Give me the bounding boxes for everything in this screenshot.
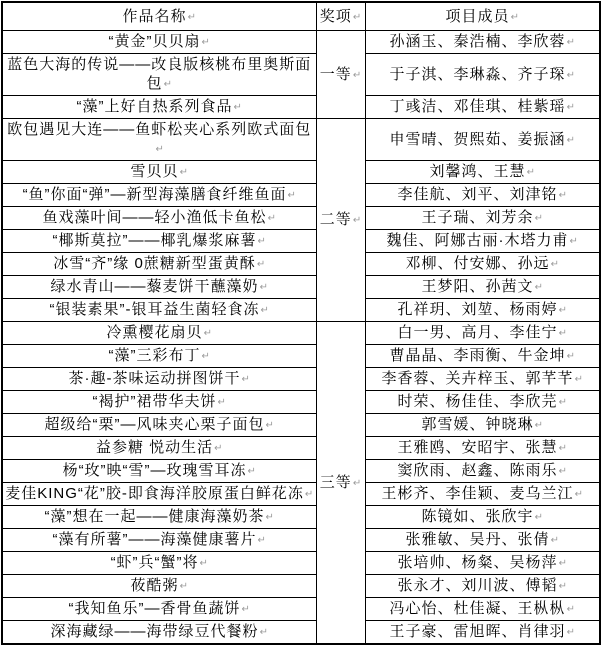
members-cell: 王子瑞、刘芳余 xyxy=(365,207,600,230)
members-list: 冯心怡、杜佳凝、王枞枞 xyxy=(390,600,575,617)
members-list: 郭雪媛、钟晓琳 xyxy=(422,416,543,433)
table-row: 鱼戏藻叶间——轻小渔低卡鱼松王子瑞、刘芳余 xyxy=(2,207,600,230)
members-cell: 王雅鸥、安昭宇、张慧 xyxy=(365,437,600,460)
table-row: 深海藏绿——海带绿豆代餐粉王子豪、雷旭晖、肖律羽 xyxy=(2,621,600,645)
award-label: 一等 xyxy=(320,66,361,83)
work-name-cell: “藻”上好自热系列食品 xyxy=(2,96,316,119)
members-list: 陈镜如、张欣宇 xyxy=(422,508,543,525)
work-name-cell: “鱼”你面“弹”—新型海藻膳食纤维鱼面 xyxy=(2,184,316,207)
work-name: 冷熏樱花扇贝 xyxy=(107,324,212,341)
table-row: 蓝色大海的传说——改良版核桃布里奥斯面包于子淇、李琳淼、齐子琛 xyxy=(2,54,600,96)
work-name-cell: “虾”兵“蟹”将 xyxy=(2,552,316,575)
members-list: 王雅鸥、安昭宇、张慧 xyxy=(398,439,567,456)
table-row: 莜酷粥张永才、刘川波、傅韬 xyxy=(2,575,600,598)
work-name-cell: 超级给“栗”—风味夹心栗子面包 xyxy=(2,414,316,437)
column-header-work-label: 作品名称 xyxy=(123,8,196,25)
members-list: 刘馨鸿、王慧 xyxy=(430,163,535,180)
work-name-cell: 鱼戏藻叶间——轻小渔低卡鱼松 xyxy=(2,207,316,230)
work-name-cell: 冰雪“齐”缘 0蔗糖新型蛋黄酥 xyxy=(2,253,316,276)
table-row: “银装素果”-银耳益生菌轻食冻孔祥玥、刘堃、杨雨婷 xyxy=(2,299,600,322)
work-name-cell: 益参糖 悦动生活 xyxy=(2,437,316,460)
members-cell: 王梦阳、孙茜文 xyxy=(365,276,600,299)
members-cell: 邓柳、付安娜、孙远 xyxy=(365,253,600,276)
work-name: “银装素果”-银耳益生菌轻食冻 xyxy=(50,301,269,318)
document-page: 作品名称 奖项 项目成员 “黄金”贝贝扇一等孙涵玉、秦浩楠、李欣蓉蓝色大海的传说… xyxy=(0,0,606,627)
work-name: 欧包遇见大连——鱼虾松夹心系列欧式面包 xyxy=(7,121,311,157)
members-cell: 王彬齐、李佳颖、麦乌兰江 xyxy=(365,483,600,506)
members-list: 王彬齐、李佳颖、麦乌兰江 xyxy=(382,485,583,502)
work-name: “藻”三彩布丁 xyxy=(109,347,210,364)
work-name-cell: 麦佳KING“花”胶-即食海洋胶原蛋白鲜花冻 xyxy=(2,483,316,506)
table-row: 欧包遇见大连——鱼虾松夹心系列欧式面包二等申雪晴、贺熙茹、姜振涵 xyxy=(2,119,600,161)
members-cell: 陈镜如、张欣宇 xyxy=(365,506,600,529)
members-cell: 窦欣雨、赵鑫、陈雨乐 xyxy=(365,460,600,483)
table-row: “黄金”贝贝扇一等孙涵玉、秦浩楠、李欣蓉 xyxy=(2,31,600,54)
work-name-cell: 茶·趣-茶味运动拼图饼干 xyxy=(2,368,316,391)
members-list: 魏佳、阿娜古丽·木塔力甫 xyxy=(387,232,578,249)
work-name: 深海藏绿——海带绿豆代餐粉 xyxy=(51,623,268,640)
work-name: “黄金”贝贝扇 xyxy=(109,33,210,50)
work-name: 益参糖 悦动生活 xyxy=(96,439,223,456)
work-name-cell: 蓝色大海的传说——改良版核桃布里奥斯面包 xyxy=(2,54,316,96)
members-list: 张雅敏、吴丹、张倩 xyxy=(406,531,559,548)
awards-table: 作品名称 奖项 项目成员 “黄金”贝贝扇一等孙涵玉、秦浩楠、李欣蓉蓝色大海的传说… xyxy=(1,1,601,645)
work-name: “鱼”你面“弹”—新型海藻膳食纤维鱼面 xyxy=(23,186,296,203)
work-name-cell: 绿水青山——藜麦饼干蘸藻奶 xyxy=(2,276,316,299)
members-cell: 孔祥玥、刘堃、杨雨婷 xyxy=(365,299,600,322)
work-name: 麦佳KING“花”胶-即食海洋胶原蛋白鲜花冻 xyxy=(5,485,313,502)
members-list: 张培帅、杨粲、吴杨萍 xyxy=(398,554,567,571)
work-name: “藻”上好自热系列食品 xyxy=(77,98,242,115)
work-name: “椰斯莫拉”——椰乳爆浆麻薯 xyxy=(53,232,266,249)
work-name-cell: 杨“玫”映“雪”—玫瑰雪耳冻 xyxy=(2,460,316,483)
work-name-cell: “藻”想在一起——健康海藻奶茶 xyxy=(2,506,316,529)
work-name-cell: “我知鱼乐”—香骨鱼蔬饼 xyxy=(2,598,316,621)
members-list: 邓柳、付安娜、孙远 xyxy=(406,255,559,272)
members-list: 曹晶晶、李雨衡、牛金坤 xyxy=(390,347,575,364)
table-row: 冰雪“齐”缘 0蔗糖新型蛋黄酥邓柳、付安娜、孙远 xyxy=(2,253,600,276)
work-name: “我知鱼乐”—香骨鱼蔬饼 xyxy=(69,600,250,617)
award-cell: 二等 xyxy=(316,119,365,322)
work-name-cell: “银装素果”-银耳益生菌轻食冻 xyxy=(2,299,316,322)
table-row: 茶·趣-茶味运动拼图饼干李香蓉、关卉梓玉、郭芊芊 xyxy=(2,368,600,391)
members-list: 王子豪、雷旭晖、肖律羽 xyxy=(390,623,575,640)
award-cell: 一等 xyxy=(316,31,365,119)
table-row: 益参糖 悦动生活王雅鸥、安昭宇、张慧 xyxy=(2,437,600,460)
table-row: 绿水青山——藜麦饼干蘸藻奶王梦阳、孙茜文 xyxy=(2,276,600,299)
members-cell: 张培帅、杨粲、吴杨萍 xyxy=(365,552,600,575)
work-name-cell: “椰斯莫拉”——椰乳爆浆麻薯 xyxy=(2,230,316,253)
members-list: 丁彧洁、邓佳琪、桂紫瑶 xyxy=(390,98,575,115)
members-list: 孙涵玉、秦浩楠、李欣蓉 xyxy=(390,33,575,50)
table-row: 雪贝贝刘馨鸿、王慧 xyxy=(2,161,600,184)
members-cell: 郭雪媛、钟晓琳 xyxy=(365,414,600,437)
members-list: 李佳航、刘平、刘津铭 xyxy=(398,186,567,203)
members-list: 孔祥玥、刘堃、杨雨婷 xyxy=(398,301,567,318)
work-name-cell: “褐护”裙带华夫饼 xyxy=(2,391,316,414)
work-name-cell: 莜酷粥 xyxy=(2,575,316,598)
table-row: “藻有所薯”——海藻健康薯片张雅敏、吴丹、张倩 xyxy=(2,529,600,552)
award-cell: 三等 xyxy=(316,322,365,645)
work-name-cell: 欧包遇见大连——鱼虾松夹心系列欧式面包 xyxy=(2,119,316,161)
members-cell: 魏佳、阿娜古丽·木塔力甫 xyxy=(365,230,600,253)
work-name: “虾”兵“蟹”将 xyxy=(111,554,208,571)
table-row: “椰斯莫拉”——椰乳爆浆麻薯魏佳、阿娜古丽·木塔力甫 xyxy=(2,230,600,253)
members-cell: 时荣、杨佳佳、李欣芫 xyxy=(365,391,600,414)
table-row: 麦佳KING“花”胶-即食海洋胶原蛋白鲜花冻王彬齐、李佳颖、麦乌兰江 xyxy=(2,483,600,506)
members-list: 李香蓉、关卉梓玉、郭芊芊 xyxy=(382,370,583,387)
members-cell: 孙涵玉、秦浩楠、李欣蓉 xyxy=(365,31,600,54)
table-row: 冷熏樱花扇贝三等白一男、高月、李佳宁 xyxy=(2,322,600,345)
award-label: 三等 xyxy=(320,474,361,491)
members-cell: 张永才、刘川波、傅韬 xyxy=(365,575,600,598)
work-name: 冰雪“齐”缘 0蔗糖新型蛋黄酥 xyxy=(53,255,265,272)
table-row: “虾”兵“蟹”将张培帅、杨粲、吴杨萍 xyxy=(2,552,600,575)
work-name: 杨“玫”映“雪”—玫瑰雪耳冻 xyxy=(63,462,256,479)
work-name-cell: “藻”三彩布丁 xyxy=(2,345,316,368)
members-cell: 丁彧洁、邓佳琪、桂紫瑶 xyxy=(365,96,600,119)
award-label: 二等 xyxy=(320,211,361,228)
members-list: 张永才、刘川波、傅韬 xyxy=(398,577,567,594)
members-cell: 李佳航、刘平、刘津铭 xyxy=(365,184,600,207)
table-row: “褐护”裙带华夫饼时荣、杨佳佳、李欣芫 xyxy=(2,391,600,414)
members-cell: 白一男、高月、李佳宁 xyxy=(365,322,600,345)
work-name-cell: 深海藏绿——海带绿豆代餐粉 xyxy=(2,621,316,645)
members-cell: 刘馨鸿、王慧 xyxy=(365,161,600,184)
header-row: 作品名称 奖项 项目成员 xyxy=(2,2,600,31)
work-name: 蓝色大海的传说——改良版核桃布里奥斯面包 xyxy=(7,56,311,92)
members-cell: 王子豪、雷旭晖、肖律羽 xyxy=(365,621,600,645)
members-list: 于子淇、李琳淼、齐子琛 xyxy=(390,66,575,83)
work-name: “藻有所薯”——海藻健康薯片 xyxy=(53,531,266,548)
table-row: “藻”想在一起——健康海藻奶茶陈镜如、张欣宇 xyxy=(2,506,600,529)
members-list: 窦欣雨、赵鑫、陈雨乐 xyxy=(398,462,567,479)
members-list: 时荣、杨佳佳、李欣芫 xyxy=(398,393,567,410)
work-name: 绿水青山——藜麦饼干蘸藻奶 xyxy=(51,278,268,295)
members-cell: 于子淇、李琳淼、齐子琛 xyxy=(365,54,600,96)
work-name-cell: 雪贝贝 xyxy=(2,161,316,184)
column-header-award: 奖项 xyxy=(316,2,365,31)
work-name-cell: 冷熏樱花扇贝 xyxy=(2,322,316,345)
members-cell: 冯心怡、杜佳凝、王枞枞 xyxy=(365,598,600,621)
work-name: “褐护”裙带华夫饼 xyxy=(93,393,226,410)
work-name: 雪贝贝 xyxy=(131,163,188,180)
members-list: 王梦阳、孙茜文 xyxy=(422,278,543,295)
table-row: “藻”三彩布丁曹晶晶、李雨衡、牛金坤 xyxy=(2,345,600,368)
column-header-members-label: 项目成员 xyxy=(446,8,519,25)
table-row: “我知鱼乐”—香骨鱼蔬饼冯心怡、杜佳凝、王枞枞 xyxy=(2,598,600,621)
work-name: 鱼戏藻叶间——轻小渔低卡鱼松 xyxy=(43,209,276,226)
members-cell: 张雅敏、吴丹、张倩 xyxy=(365,529,600,552)
column-header-award-label: 奖项 xyxy=(320,8,361,25)
members-list: 王子瑞、刘芳余 xyxy=(422,209,543,226)
members-list: 白一男、高月、李佳宁 xyxy=(398,324,567,341)
members-cell: 申雪晴、贺熙茹、姜振涵 xyxy=(365,119,600,161)
table-row: “藻”上好自热系列食品丁彧洁、邓佳琪、桂紫瑶 xyxy=(2,96,600,119)
table-row: 超级给“栗”—风味夹心栗子面包郭雪媛、钟晓琳 xyxy=(2,414,600,437)
members-cell: 曹晶晶、李雨衡、牛金坤 xyxy=(365,345,600,368)
column-header-members: 项目成员 xyxy=(365,2,600,31)
column-header-work: 作品名称 xyxy=(2,2,316,31)
work-name: 莜酷粥 xyxy=(131,577,188,594)
work-name: 超级给“栗”—风味夹心栗子面包 xyxy=(45,416,274,433)
table-row: “鱼”你面“弹”—新型海藻膳食纤维鱼面李佳航、刘平、刘津铭 xyxy=(2,184,600,207)
members-list: 申雪晴、贺熙茹、姜振涵 xyxy=(390,131,575,148)
members-cell: 李香蓉、关卉梓玉、郭芊芊 xyxy=(365,368,600,391)
work-name: “藻”想在一起——健康海藻奶茶 xyxy=(45,508,274,525)
work-name-cell: “藻有所薯”——海藻健康薯片 xyxy=(2,529,316,552)
work-name: 茶·趣-茶味运动拼图饼干 xyxy=(69,370,250,387)
work-name-cell: “黄金”贝贝扇 xyxy=(2,31,316,54)
table-row: 杨“玫”映“雪”—玫瑰雪耳冻窦欣雨、赵鑫、陈雨乐 xyxy=(2,460,600,483)
